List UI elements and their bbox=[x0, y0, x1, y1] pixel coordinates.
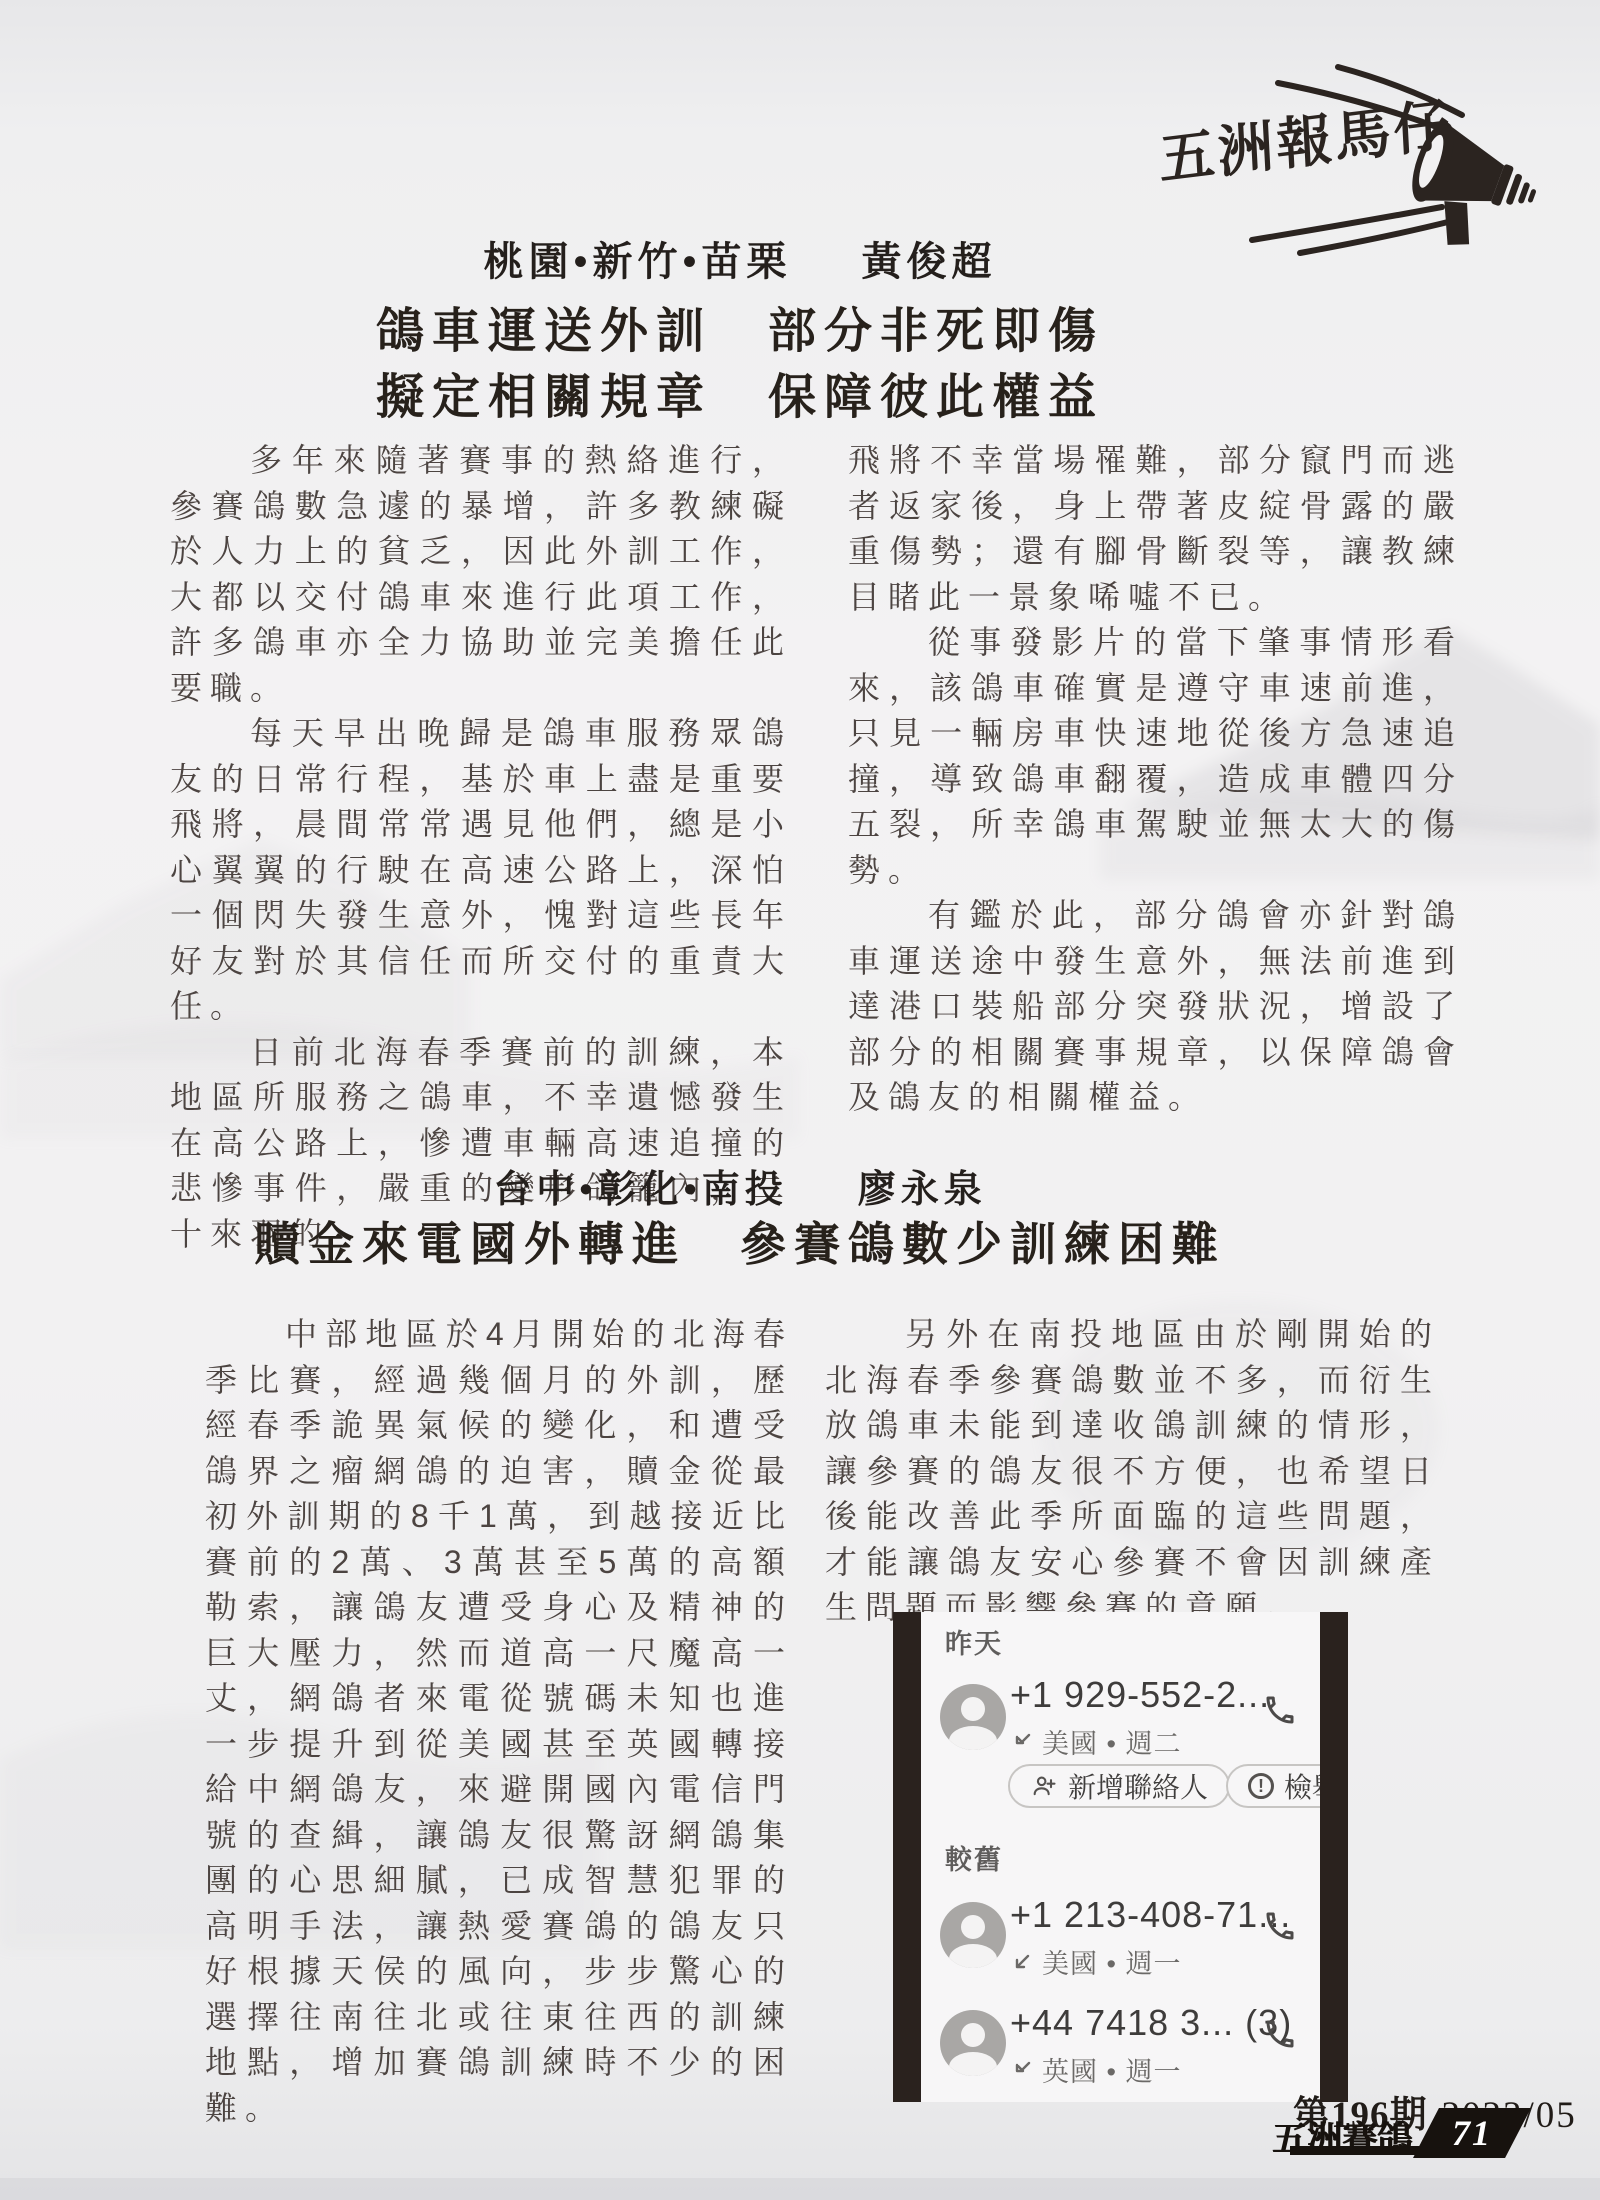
call-log-section-older: 較舊 bbox=[945, 1838, 1003, 1877]
call-log-screenshot: 昨天 +1 929-552-2... 美國 • 週二 新增聯絡人 ! 檢舉 較舊… bbox=[920, 1612, 1320, 2102]
paragraph: 每天早出晚歸是鴿車服務眾鴿友的日常行程，基於車上盡是重要飛將，晨間常常遇見他們，… bbox=[170, 711, 792, 1030]
article2-column-right: 另外在南投地區由於剛開始的北海春季參賽鴿數並不多，而衍生放鴿車未能到達收鴿訓練的… bbox=[825, 1312, 1440, 1631]
paragraph-continuation: 飛將不幸當場罹難，部分竄門而逃者返家後，身上帶著皮綻骨露的嚴重傷勢；還有腳骨斷裂… bbox=[848, 438, 1463, 620]
article1-region: 桃園•新竹•苗栗 bbox=[483, 239, 791, 284]
article2-byline: 台中•彰化•南投廖永泉 bbox=[150, 1158, 1330, 1213]
call-received-icon bbox=[1010, 1950, 1034, 1974]
article1-author: 黃俊超 bbox=[862, 239, 997, 284]
paragraph: 有鑑於此，部分鴿會亦針對鴿車運送途中發生意外，無法前進到達港口裝船部分突發狀況，… bbox=[848, 893, 1463, 1121]
phone-call-icon bbox=[1262, 1908, 1298, 1944]
article2-author: 廖永泉 bbox=[858, 1169, 987, 1211]
article1-title-line1: 鴿車運送外訓 部分非死即傷 bbox=[150, 292, 1330, 361]
avatar bbox=[940, 1902, 1006, 1968]
person-add-icon bbox=[1030, 1772, 1058, 1800]
article2-region: 台中•彰化•南投 bbox=[493, 1169, 788, 1211]
phone-call-icon bbox=[1262, 2016, 1298, 2052]
call-missed-icon bbox=[1010, 1730, 1034, 1754]
call-missed-icon bbox=[1010, 2058, 1034, 2082]
add-contact-chip: 新增聯絡人 bbox=[1008, 1764, 1230, 1808]
avatar bbox=[940, 1684, 1006, 1750]
call-meta: 美國 • 週二 bbox=[1010, 1722, 1181, 1761]
call-meta: 美國 • 週一 bbox=[1010, 1942, 1181, 1981]
paragraph: 從事發影片的當下肇事情形看來，該鴿車確實是遵守車速前進，只見一輛房車快速地從後方… bbox=[848, 620, 1463, 893]
magazine-page: { "logo": { "badge_text": "五洲報馬仔" }, "ar… bbox=[0, 0, 1600, 2200]
report-icon: ! bbox=[1248, 1773, 1274, 1799]
article2-column-left: 中部地區於4月開始的北海春季比賽，經過幾個月的外訓，歷經春季詭異氣候的變化，和遭… bbox=[205, 1312, 793, 2131]
article1-byline: 桃園•新竹•苗栗黃俊超 bbox=[150, 230, 1330, 287]
article1-column-right: 飛將不幸當場罹難，部分竄門而逃者返家後，身上帶著皮綻骨露的嚴重傷勢；還有腳骨斷裂… bbox=[848, 438, 1463, 1121]
page-number: 71 bbox=[1452, 2112, 1492, 2154]
call-meta: 英國 • 週一 bbox=[1010, 2050, 1181, 2089]
call-number: +1 213-408-71... bbox=[1010, 1894, 1291, 1936]
call-log-section-yesterday: 昨天 bbox=[945, 1622, 1003, 1661]
report-chip: ! 檢舉 bbox=[1226, 1764, 1320, 1808]
article2-title: 贖金來電國外轉進 參賽鴿數少訓練困難 bbox=[150, 1208, 1330, 1274]
screenshot-crop-bar-right bbox=[1320, 1612, 1348, 2102]
brand-underline bbox=[1290, 2146, 1425, 2155]
paragraph: 中部地區於4月開始的北海春季比賽，經過幾個月的外訓，歷經春季詭異氣候的變化，和遭… bbox=[205, 1312, 793, 2131]
avatar bbox=[940, 2010, 1006, 2076]
article1-title-line2: 擬定相關規章 保障彼此權益 bbox=[150, 358, 1330, 427]
phone-call-icon bbox=[1262, 1692, 1298, 1728]
article1-column-left: 多年來隨著賽事的熱絡進行，參賽鴿數急遽的暴增，許多教練礙於人力上的貧乏，因此外訓… bbox=[170, 438, 792, 1257]
call-number: +44 7418 3... (3) bbox=[1010, 2002, 1292, 2044]
call-number: +1 929-552-2... bbox=[1010, 1674, 1270, 1716]
paragraph: 另外在南投地區由於剛開始的北海春季參賽鴿數並不多，而衍生放鴿車未能到達收鴿訓練的… bbox=[825, 1312, 1440, 1631]
paragraph: 多年來隨著賽事的熱絡進行，參賽鴿數急遽的暴增，許多教練礙於人力上的貧乏，因此外訓… bbox=[170, 438, 792, 711]
screenshot-crop-bar-left bbox=[893, 1612, 921, 2102]
